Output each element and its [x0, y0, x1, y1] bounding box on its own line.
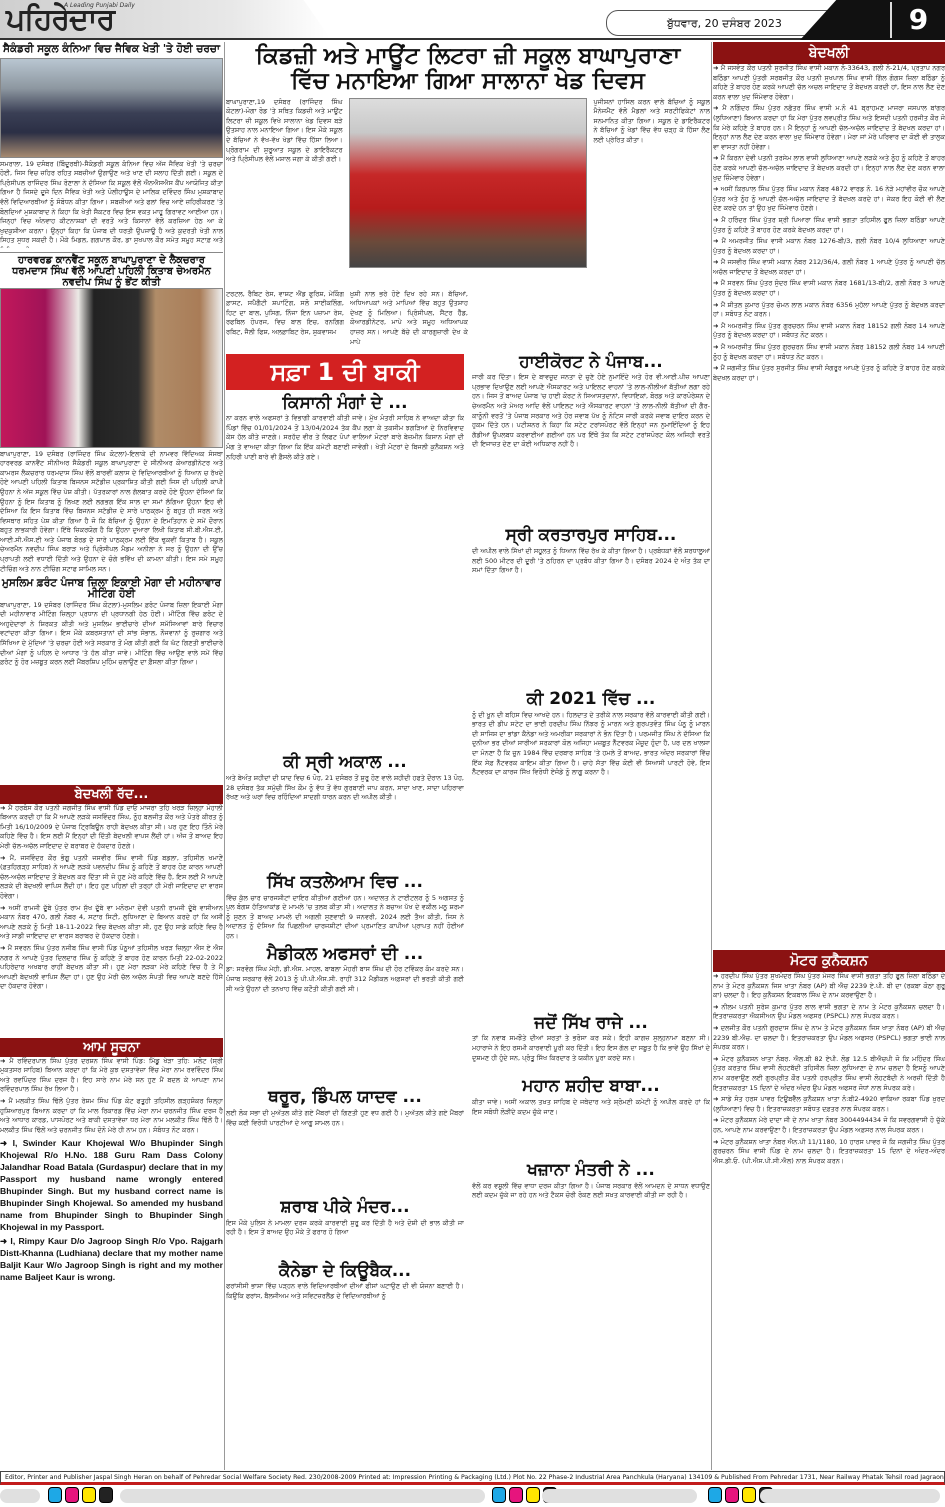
notice-item: ➜ ਮੋਟਰ ਕੁਨੈਕਸ਼ਨ ਮੇਰੇ ਦਾਦਾ ਜੀ ਦੇ ਨਾਮ ਖਾਤਾ… — [713, 1116, 945, 1135]
notice-item: ➜ ਮੈਂ, ਜਸਵਿੰਦਰ ਕੌਰ ਭੰਗੂ ਪਤਨੀ ਜਸਵੀਰ ਸਿੰਘ … — [0, 854, 223, 902]
continuation-sikh-massacre: ਸਿੱਖ ਕਤਲੇਆਮ ਵਿਚ ...ਵਿੱਚ ਕੁੱਲ ਚਾਰ ਚਾਰਜਸ਼ੀ… — [226, 873, 464, 942]
section-header-aam-suchna: ਆਮ ਸੂਚਨਾ — [0, 1038, 223, 1057]
story-muslim-front-meeting: ਮੁਸਲਿਮ ਫ਼ਰੰਟ ਪੰਜਾਬ ਜ਼ਿਲਾ ਇਕਾਈ ਮੋਗਾ ਦੀ ਮਹ… — [0, 578, 223, 781]
lead-body-b: ਟਰਟਲ, ਰੈਬਿਟ ਰੇਸ, ਵਾਸ਼ਟ ਐਂਡ ਫੁਰਿਸ਼, ਮੇਕਿੰ… — [226, 290, 344, 350]
notice-item: ➜ ਮੈਂ ਜਗਜੀਤ ਸਿੰਘ ਪੁੱਤਰ ਸੁਰਜੀਤ ਸਿੰਘ ਵਾਸੀ … — [713, 364, 945, 383]
black-swatch — [99, 1487, 113, 1503]
story-body: ਸਮਰਾਲਾ, 19 ਦਸੰਬਰ (ਬਿੰਦੂਰਥੀ)-ਸੈਕੰਡਰੀ ਸਕੂਲ… — [0, 160, 223, 248]
section-header-badhkhli: ਬੇਦਖਲੀ — [713, 42, 945, 64]
cmyk-registration-marks — [48, 1487, 113, 1505]
motor-connection-notices: ➜ ਹਰਦੀਪ ਸਿੰਘ ਪੁੱਤਰ ਸੁਖਮੰਦਰ ਸਿੰਘ ਪੁੱਤਰ ਮੇ… — [713, 972, 945, 1166]
magenta-swatch — [65, 1487, 79, 1503]
continuation-body: ਫਰਾਂਸੀਸੀ ਭਾਸ਼ਾ ਵਿੱਚ ਪੜ੍ਹਨ ਵਾਲੇ ਵਿਦਿਆਰਥੀਆ… — [226, 1282, 464, 1312]
continuation-kartarpur: ਸ੍ਰੀ ਕਰਤਾਰਪੁਰ ਸਾਹਿਬ...ਦੀ ਅਪੀਲ ਵਾਲੇ ਸਿੱਖਾ… — [472, 526, 710, 687]
continuation-body: ਦੀ ਅਪੀਲ ਵਾਲੇ ਸਿੱਖਾਂ ਦੀ ਸਹੂਲਤ ਨੂੰ ਧਿਆਨ ਵਿ… — [472, 547, 710, 687]
continuations-right: ਹਾਈਕੋਰਟ ਨੇ ਪੰਜਾਬ...ਜਾਰੀ ਕਰ ਦਿੱਤਾ। ਇਸ ਦੇ … — [472, 350, 710, 1313]
continuation-body: ਅਤੇ ਬੇਅੰਤ ਸ਼ਹੀਦਾਂ ਦੀ ਯਾਦ ਵਿਚ 6 ਪੋਹ, 21 ਦ… — [226, 774, 464, 870]
notice-item: ➜ ਮੈਂ ਜਸਵੀਰ ਸਿੰਘ ਵਾਸੀ ਮਕਾਨ ਨੰਬਰ 212/36/4… — [713, 258, 945, 277]
lead-headline-line1: ਕਿਡਜ਼ੀ ਅਤੇ ਮਾਊਂਟ ਲਿਟਰਾ ਜ਼ੀ ਸਕੂਲ ਬਾਘਾਪੁਰਾ… — [226, 44, 710, 69]
continuation-title: ਕੀ ਸ੍ਰੀ ਅਕਾਲ ... — [226, 753, 464, 772]
notice-item: ➜ ਮੋਟਰ ਕੁਨੈਕਸ਼ਨ ਖਾਤਾ ਨੰਬਰ. ਐਲ.ਬੀ 82 ਏਪੀ.… — [713, 1055, 945, 1093]
notice-item: ➜ ਮੈਂ ਹਰਬੰਸ ਕੌਰ ਪਤਨੀ ਜਗਜੀਤ ਸਿੰਘ ਵਾਸੀ ਪਿੰ… — [0, 804, 223, 852]
lead-body-d: ਪੁਜੀਸ਼ਨਾਂ ਹਾਸਿਲ ਕਰਨ ਵਾਲੇ ਬੱਚਿਆਂ ਨੂੰ ਸਕੂਲ… — [593, 98, 710, 288]
continuation-highcourt: ਹਾਈਕੋਰਟ ਨੇ ਪੰਜਾਬ...ਜਾਰੀ ਕਰ ਦਿੱਤਾ। ਇਸ ਦੇ … — [472, 353, 710, 524]
notice-item: ➜ ਮੈਂ ਸਵਰਨ ਸਿੰਘ ਪੁੱਤਰ ਨਜੀਬ ਸਿੰਘ ਵਾਸੀ ਪਿੰ… — [0, 944, 223, 992]
continuation-title: ਜਦੋਂ ਸਿੱਖ ਰਾਜੇ ... — [472, 1014, 710, 1033]
continuation-title: ਹਾਈਕੋਰਟ ਨੇ ਪੰਜਾਬ... — [472, 353, 710, 372]
notice-item: ➜ ਦਲਜੀਤ ਕੌਰ ਪਤਨੀ ਗੁਰਦਾਸ ਸਿੰਘ ਦੇ ਨਾਮ ਤੇ ਮ… — [713, 1024, 945, 1053]
continuation-great-martyr: ਮਹਾਨ ਸ਼ਹੀਦ ਬਾਬਾ...ਕੀਤਾ ਜਾਵੇ। ਅਸੀਂ ਅਕਾਲ ਤ… — [472, 1077, 710, 1158]
group-photo-students — [0, 58, 223, 158]
book-presentation-photo — [0, 288, 223, 448]
notice-item: ➜ ਮੈਂ ਜਸਵੰਤ ਕੌਰ ਪਤਨੀ ਸੁਰਜੀਤ ਸਿੰਘ ਵਾਸੀ ਮਕ… — [713, 64, 945, 102]
badhkhli-rad-notices: ➜ ਮੈਂ ਹਰਬੰਸ ਕੌਰ ਪਤਨੀ ਜਗਜੀਤ ਸਿੰਘ ਵਾਸੀ ਪਿੰ… — [0, 804, 223, 1034]
notice-item: ➜ ਮੈਂ ਹਰਿੰਦਰ ਸਿੰਘ ਪੁੱਤਰ ਸ਼੍ਰੀ ਪਿਆਰਾ ਸਿੰਘ… — [713, 216, 945, 235]
notice-item: ➜ ਮੈਂ ਨਗਿੰਦਰ ਸਿੰਘ ਪੁੱਤਰ ਨਛੱਤਰ ਸਿੰਘ ਵਾਸੀ … — [713, 104, 945, 152]
page-number: 9 — [890, 2, 945, 38]
registration-bar — [760, 1489, 940, 1503]
notice-item: ➜ ਮੈਂ ਕਿਰਨਾ ਦੇਵੀ ਪਤਨੀ ਤਰਸੇਮ ਲਾਲ ਵਾਸੀ ਲੁਧ… — [713, 154, 945, 183]
section-header-badhkhli-rad: ਬੇਦਖਲੀ ਰੱਦ... — [0, 785, 223, 804]
continuations-left: ਸਫ਼ਾ 1 ਦੀ ਬਾਕੀ ਕਿਸਾਨੀ ਮੰਗਾਂ ਦੇ ...ਨਾ ਕਰਨ… — [226, 350, 464, 1313]
continuation-title: ਮਹਾਨ ਸ਼ਹੀਦ ਬਾਬਾ... — [472, 1077, 710, 1096]
continuation-body: ਜਾਰੀ ਕਰ ਦਿੱਤਾ। ਇਸ ਦੇ ਬਾਵਜੂਦ ਜਨਤਾ ਦੇ ਚੁਣੇ… — [472, 373, 710, 523]
notice-item: ➜ ਮੈਂ ਅਮਰਜੀਤ ਸਿੰਘ ਵਾਸੀ ਮਕਾਨ ਨੰਬਰ 1276-ਬੀ… — [713, 237, 945, 256]
magenta-swatch — [725, 1487, 739, 1503]
notice-item: ➜ ਮੈਂ ਅਮਰਜੀਤ ਸਿੰਘ ਪੁੱਤਰ ਗੁਰਚਰਨ ਸਿੰਘ ਵਾਸੀ… — [713, 343, 945, 362]
continuation-title: ਕਿਸਾਨੀ ਮੰਗਾਂ ਦੇ ... — [226, 394, 464, 413]
continuation-medical-officers: ਮੈਡੀਕਲ ਅਫਸਰਾਂ ਦੀ ...ਡਾ: ਸਰਵੰਗ ਸਿੰਘ ਮੇਹੀ,… — [226, 945, 464, 1086]
story-headline: ਸੈਕੰਡਰੀ ਸਕੂਲ ਕੰਨਿਆ ਵਿਚ ਜੈਵਿਕ ਖੇਤੀ 'ਤੇ ਹੋ… — [0, 44, 223, 56]
aam-suchna-notices: ➜ ਮੈਂ ਰਵਿੰਦਰਪਾਲ ਸਿੰਘ ਪੁੱਤਰ ਦਰਸ਼ਨ ਸਿੰਘ ਵਾ… — [0, 1057, 223, 1284]
story-body: ਬਾਘਾਪੁਰਾਣਾ, 19 ਦਸੰਬਰ (ਰਾਜਿੰਦਰ ਸਿੰਘ ਕੋਟਲਾ… — [0, 601, 223, 781]
continuation-sikh-rulers: ਜਦੋਂ ਸਿੱਖ ਰਾਜੇ ...ਤਾਂ ਕਿ ਨਵਾਬ ਸਮਝੌਤੇ ਦੀਆ… — [472, 1014, 710, 1075]
notice-item: ➜ ਨੀਲਮ ਪਤਨੀ ਸੁਰੇਸ਼ ਕੁਮਾਰ ਪੁੱਤਰ ਲਾਲ ਵਾਸੀ … — [713, 1003, 945, 1022]
notice-item: ➜ ਮੈਂ ਅਮਰਜੀਤ ਸਿੰਘ ਪੁੱਤਰ ਗੁਰਚਰਨ ਸਿੰਘ ਵਾਸੀ… — [713, 322, 945, 341]
cyan-swatch — [708, 1487, 722, 1503]
story-headline: ਮੁਸਲਿਮ ਫ਼ਰੰਟ ਪੰਜਾਬ ਜ਼ਿਲਾ ਇਕਾਈ ਮੋਗਾ ਦੀ ਮਹ… — [0, 578, 223, 601]
section-header-motor-connection: ਮੋਟਰ ਕੁਨੈਕਸ਼ਨ — [713, 950, 945, 972]
continuation-sri-akal: ਕੀ ਸ੍ਰੀ ਅਕਾਲ ...ਅਤੇ ਬੇਅੰਤ ਸ਼ਹੀਦਾਂ ਦੀ ਯਾਦ… — [226, 753, 464, 870]
column-divider — [711, 42, 712, 1470]
newspaper-tagline: A Leading Punjabi Daily — [64, 2, 135, 9]
badhkhli-notices: ➜ ਮੈਂ ਜਸਵੰਤ ਕੌਰ ਪਤਨੀ ਸੁਰਜੀਤ ਸਿੰਘ ਵਾਸੀ ਮਕ… — [713, 64, 945, 944]
publisher-imprint: Editor, Printer and Publisher Jaspal Sin… — [0, 1471, 945, 1485]
continuation-title: ਖਜ਼ਾਨਾ ਮੰਤਰੀ ਨੇ ... — [472, 1161, 710, 1180]
continuation-body: ਵੱਲੋਂ ਕਰ ਵਸੂਲੀ ਵਿੱਚ ਵਾਧਾ ਦਰਜ ਕੀਤਾ ਗਿਆ ਹੈ… — [472, 1182, 710, 1292]
notice-item: ➜ ਮੋਟਰ ਕੁਨੈਕਸ਼ਨ ਖਾਤਾ ਨੰਬਰ ਐਨ.ਪੀ 11/1180,… — [713, 1138, 945, 1167]
column-divider — [224, 42, 225, 1470]
notice-item: ➜ ਮੈਂ ਰਵਿੰਦਰਪਾਲ ਸਿੰਘ ਪੁੱਤਰ ਦਰਸ਼ਨ ਸਿੰਘ ਵਾ… — [0, 1057, 223, 1095]
story-headline: ਹਾਰਵਰਡ ਕਾਨਵੈਂਟ ਸਕੂਲ ਬਾਘਾਪੁਰਾਣਾ ਦੇ ਲੈਕਚਰਾ… — [0, 252, 223, 288]
notice-item: ➜ ਮੈਂ ਸ਼ੀਤਲ ਕੁਮਾਰ ਪੁੱਤਰ ਚੋਮਨ ਲਾਲ ਮਕਾਨ ਨੰ… — [713, 301, 945, 320]
center-column: ਕਿਡਜ਼ੀ ਅਤੇ ਮਾਊਂਟ ਲਿਟਰਾ ਜ਼ੀ ਸਕੂਲ ਬਾਘਾਪੁਰਾ… — [226, 42, 710, 1470]
right-column: ਬੇਦਖਲੀ ➜ ਮੈਂ ਜਸਵੰਤ ਕੌਰ ਪਤਨੀ ਸੁਰਜੀਤ ਸਿੰਘ … — [713, 42, 945, 1470]
registration-bar — [320, 1489, 485, 1503]
lead-body-c: ਖ਼ੁਸ਼ੀ ਨਾਲ ਭਰੇ ਹੋਏ ਦਿਖ ਰਹੇ ਸਨ। ਬੱਚਿਆਂ, ਅ… — [350, 290, 468, 350]
yellow-swatch — [742, 1487, 756, 1503]
lead-headline-line2: ਵਿੱਚ ਮਨਾਇਆ ਗਿਆ ਸਾਲਾਨਾ ਖੇਡ ਦਿਵਸ — [226, 69, 710, 94]
continuation-body: ਲਈ ਲੋਕ ਸਭਾ ਦੀ ਮੁਅੱਤਲ ਕੀਤੇ ਗਏ ਮੈਂਬਰਾਂ ਦੀ … — [226, 1109, 464, 1195]
continuation-title: ਸ੍ਰੀ ਕਰਤਾਰਪੁਰ ਸਾਹਿਬ... — [472, 526, 710, 545]
story-book-launch: ਹਾਰਵਰਡ ਕਾਨਵੈਂਟ ਸਕੂਲ ਬਾਘਾਪੁਰਾਣਾ ਦੇ ਲੈਕਚਰਾ… — [0, 252, 223, 574]
registration-bar — [120, 1489, 345, 1503]
continuation-body: ਇਸ ਮੌਕੇ ਪੁਲਿਸ ਨੇ ਮਾਮਲਾ ਦਰਜ ਕਰਕੇ ਕਾਰਵਾਈ ਸ… — [226, 1219, 464, 1259]
notice-item: ➜ ਅਸੀਂ ਰਾਮਜੀ ਦੂੱਬੇ ਪੁੱਤਰ ਰਾਮ ਸੁੱਖ ਦੂੱਬੇ … — [0, 904, 223, 942]
continuation-title: ਸ਼ਰਾਬ ਪੀਕੇ ਮੰਦਰ... — [226, 1198, 464, 1217]
continuation-liquor-temple: ਸ਼ਰਾਬ ਪੀਕੇ ਮੰਦਰ...ਇਸ ਮੌਕੇ ਪੁਲਿਸ ਨੇ ਮਾਮਲਾ… — [226, 1198, 464, 1259]
page-one-continued-banner: ਸਫ਼ਾ 1 ਦੀ ਬਾਕੀ — [226, 354, 464, 390]
continuation-body: ਤਾਂ ਕਿ ਨਵਾਬ ਸਮਝੌਤੇ ਦੀਆਂ ਸ਼ਰਤਾਂ ਤੇ ਭਰੋਸਾ … — [472, 1034, 710, 1074]
continuation-title: ਕੀ 2021 ਵਿੱਚ ... — [472, 690, 710, 709]
notice-item: ➜ ਮੈਂ ਮਲਕੀਤ ਸਿੰਘ ਢਿੱਲੋਂ ਪੁੱਤਰ ਰੇਸ਼ਮ ਸਿੰਘ… — [0, 1097, 223, 1135]
cyan-swatch — [492, 1487, 506, 1503]
continuation-body: ਨੂੰ ਦੀ ਖੂਨ ਦੀ ਬਹਿਸ ਵਿਚ ਆਖਦੇ ਹਨ। ਹਿਲਦਾਤ ਦ… — [472, 711, 710, 1011]
continuation-body: ਵਿੱਚ ਕੁੱਲ ਚਾਰ ਚਾਰਜਸ਼ੀਟਾਂ ਦਾਇਰ ਕੀਤੀਆਂ ਗਈਆ… — [226, 894, 464, 942]
notice-item: ➜ ਹਰਦੀਪ ਸਿੰਘ ਪੁੱਤਰ ਸੁਖਮੰਦਰ ਸਿੰਘ ਪੁੱਤਰ ਮੇ… — [713, 972, 945, 1001]
continuation-body: ਡਾ: ਸਰਵੰਗ ਸਿੰਘ ਮੇਹੀ, ਡੀ.ਐਸ. ਮਾਹਲ, ਬਾਬਲਾ … — [226, 965, 464, 1085]
cyan-swatch — [48, 1487, 62, 1503]
lead-body-a: ਬਾਘਾਪੁਰਾਣਾ,19 ਦਸੰਬਰ (ਰਾਜਿੰਦਰ ਸਿੰਘ ਕੋਟਲਾ)… — [226, 98, 343, 288]
sports-day-students-photo — [349, 98, 588, 268]
continuation-body: ਕੀਤਾ ਜਾਵੇ। ਅਸੀਂ ਅਕਾਲ ਤਖ਼ਤ ਸਾਹਿਬ ਦੇ ਜਥੇਦਾ… — [472, 1098, 710, 1158]
continuation-tharoor: ਥਰੂਰ, ਡਿੰਪਲ ਯਾਦਵ ...ਲਈ ਲੋਕ ਸਭਾ ਦੀ ਮੁਅੱਤਲ… — [226, 1088, 464, 1195]
continuation-kisani: ਕਿਸਾਨੀ ਮੰਗਾਂ ਦੇ ...ਨਾ ਕਰਨ ਵਾਲੇ ਅਫਸਰਾਂ ਤੇ… — [226, 394, 464, 751]
continuation-title: ਸਿੱਖ ਕਤਲੇਆਮ ਵਿਚ ... — [226, 873, 464, 892]
notice-item-english: ➜ I, Rimpy Kaur D/o Jagroop Singh R/o Vp… — [0, 1235, 223, 1283]
yellow-swatch — [82, 1487, 96, 1503]
continuation-canada-quebec: ਕੈਨੇਡਾ ਦੇ ਕਿਊਬੈਕ...ਫਰਾਂਸੀਸੀ ਭਾਸ਼ਾ ਵਿੱਚ ਪ… — [226, 1262, 464, 1313]
notice-item: ➜ ਸਾਡੇ ਸੰਤ ਹਰਸ ਪਾਵਰ ਟਿਊਬਵੈੱਲ ਕੁਨੈਕਸ਼ਨ ਖਾ… — [713, 1095, 945, 1114]
continuation-body: ਨਾ ਕਰਨ ਵਾਲੇ ਅਫਸਰਾਂ ਤੇ ਵਿਭਾਗੀ ਕਾਰਵਾਈ ਕੀਤੀ… — [226, 414, 464, 750]
magenta-swatch — [509, 1487, 523, 1503]
continuation-title: ਥਰੂਰ, ਡਿੰਪਲ ਯਾਦਵ ... — [226, 1088, 464, 1107]
lead-story-sports-day: ਕਿਡਜ਼ੀ ਅਤੇ ਮਾਊਂਟ ਲਿਟਰਾ ਜ਼ੀ ਸਕੂਲ ਬਾਘਾਪੁਰਾ… — [226, 44, 710, 350]
left-column: ਸੈਕੰਡਰੀ ਸਕੂਲ ਕੰਨਿਆ ਵਿਚ ਜੈਵਿਕ ਖੇਤੀ 'ਤੇ ਹੋ… — [0, 42, 223, 1285]
yellow-swatch — [526, 1487, 540, 1503]
continuation-title: ਮੈਡੀਕਲ ਅਫਸਰਾਂ ਦੀ ... — [226, 945, 464, 964]
registration-bar — [542, 1489, 697, 1503]
notice-item: ➜ ਅਸੀਂ ਕਿਰਪਾਲ ਸਿੰਘ ਪੁੱਤਰ ਸਿੰਘ ਮਕਾਨ ਨੰਬਰ … — [713, 185, 945, 214]
registration-bar — [0, 1489, 40, 1503]
story-organic-farming: ਸੈਕੰਡਰੀ ਸਕੂਲ ਕੰਨਿਆ ਵਿਚ ਜੈਵਿਕ ਖੇਤੀ 'ਤੇ ਹੋ… — [0, 44, 223, 248]
continuation-finance-minister: ਖਜ਼ਾਨਾ ਮੰਤਰੀ ਨੇ ...ਵੱਲੋਂ ਕਰ ਵਸੂਲੀ ਵਿੱਚ ਵ… — [472, 1161, 710, 1292]
notice-item-english: ➜ I, Swinder Kaur Khojewal W/o Bhupinder… — [0, 1137, 223, 1233]
continuation-2021: ਕੀ 2021 ਵਿੱਚ ...ਨੂੰ ਦੀ ਖੂਨ ਦੀ ਬਹਿਸ ਵਿਚ ਆ… — [472, 690, 710, 1011]
story-body: ਬਾਘਾਪੁਰਾਣਾ, 19 ਦਸੰਬਰ (ਰਾਜਿੰਦਰ ਸਿੰਘ ਕੋਟਲਾ… — [0, 450, 223, 574]
notice-item: ➜ ਮੈਂ ਸਰਵਨ ਸਿੰਘ ਪੁੱਤਰ ਸੁੰਦਰ ਸਿੰਘ ਵਾਸੀ ਮਕ… — [713, 279, 945, 298]
continuation-title: ਕੈਨੇਡਾ ਦੇ ਕਿਊਬੈਕ... — [226, 1262, 464, 1281]
masthead: ਪਹਿਰੇਦਾਰ A Leading Punjabi Daily ਬੁੱਧਵਾਰ… — [0, 0, 945, 40]
